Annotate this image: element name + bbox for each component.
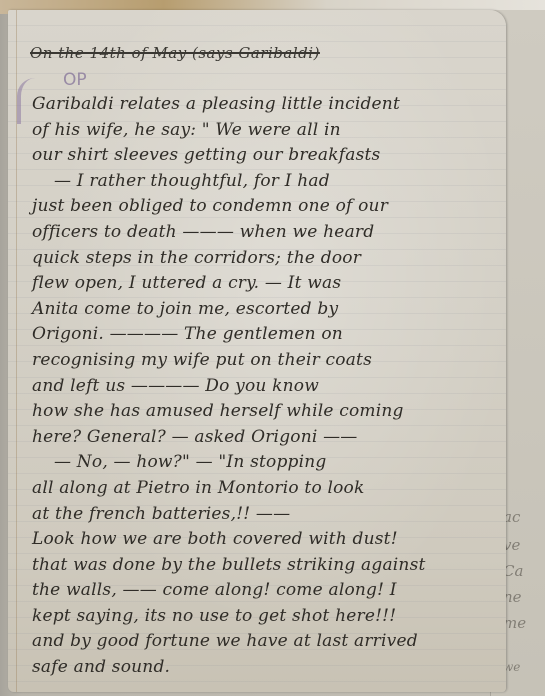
text-line: kept saying, its no use to get shot here… [32, 604, 512, 630]
text-line: that was done by the bullets striking ag… [32, 553, 512, 579]
manuscript-page: On the 14th of May (says Garibaldi) OP G… [8, 10, 506, 692]
text-line: our shirt sleeves getting our breakfasts [32, 143, 512, 169]
text-line: recognising my wife put on their coats [32, 348, 512, 374]
text-line: here? General? — asked Origoni —— [32, 425, 512, 451]
text-line: all along at Pietro in Montorio to look [32, 476, 512, 502]
struck-heading: On the 14th of May (says Garibaldi) [30, 44, 320, 62]
text-line: and by good fortune we have at last arri… [32, 629, 512, 655]
text-line: — No, — how?" — "In stopping [32, 450, 512, 476]
text-line: flew open, I uttered a cry. — It was [32, 271, 512, 297]
text-line: officers to death ——— when we heard [32, 220, 512, 246]
text-line: at the french batteries,!! —— [32, 502, 512, 528]
text-line: Garibaldi relates a pleasing little inci… [32, 92, 512, 118]
text-line: quick steps in the corridors; the door [32, 246, 512, 272]
text-line: just been obliged to condemn one of our [32, 194, 512, 220]
text-line: Anita come to join me, escorted by [32, 297, 512, 323]
text-line: of his wife, he say: " We were all in [32, 118, 512, 144]
handwritten-body: Garibaldi relates a pleasing little inci… [32, 92, 512, 681]
text-line: Origoni. ———— The gentlemen on [32, 322, 512, 348]
text-line: — I rather thoughtful, for I had [32, 169, 512, 195]
text-line: the walls, —— come along! come along! I [32, 578, 512, 604]
text-line: how she has amused herself while coming [32, 399, 512, 425]
margin-annotation-op: OP [63, 70, 87, 90]
text-line: safe and sound. [32, 655, 512, 681]
text-line: Look how we are both covered with dust! [32, 527, 512, 553]
text-line: and left us ———— Do you know [32, 374, 512, 400]
